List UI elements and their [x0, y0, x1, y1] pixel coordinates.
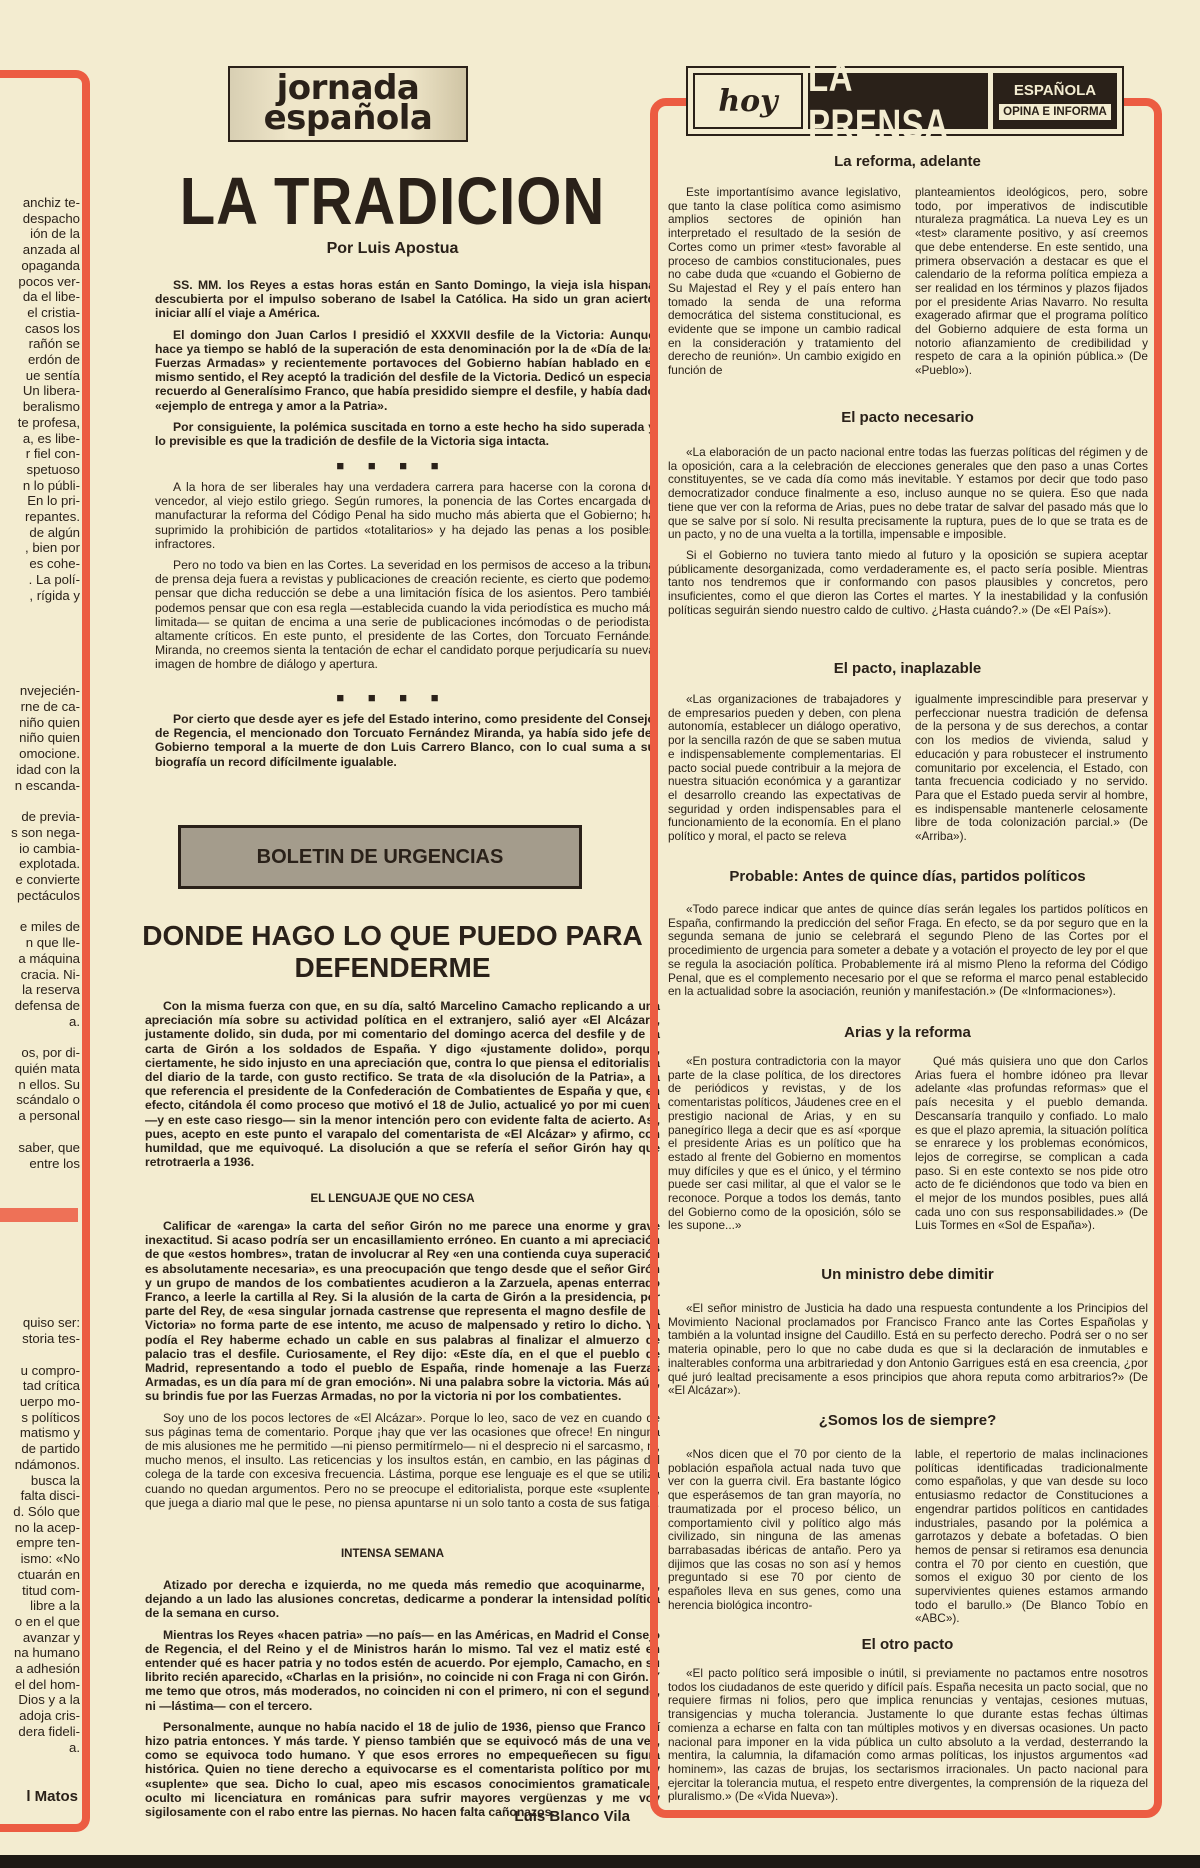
spacer [0, 603, 80, 619]
text-line: os, por di- [0, 1045, 80, 1061]
column-text: Este importantísimo avance legislativo, … [668, 186, 901, 378]
text-line: de partido [0, 1441, 80, 1457]
press-excerpt: «La elaboración de un pacto nacional ent… [668, 446, 1148, 624]
text-line: dera fideli- [0, 1724, 80, 1740]
text-line: . La polí- [0, 572, 80, 588]
column-text: Qué más quisiera uno que don Carlos Aria… [915, 1055, 1148, 1233]
text-line: a máquina [0, 951, 80, 967]
text-line: En lo pri- [0, 493, 80, 509]
press-heading: El otro pacto [665, 1636, 1150, 1653]
text-line: explotada. [0, 856, 80, 872]
text-line: anchiz te- [0, 195, 80, 211]
text-line: ismo: «No [0, 1551, 80, 1567]
text-line: matismo y [0, 1425, 80, 1441]
text-line: avanzar y [0, 1630, 80, 1646]
subheading: EL LENGUAJE QUE NO CESA [130, 1193, 655, 1205]
text-line: , rígida y [0, 588, 80, 604]
subheading: INTENSA SEMANA [130, 1548, 655, 1560]
text-line: de previa- [0, 809, 80, 825]
text-line: erdón de [0, 352, 80, 368]
text-line: n que lle- [0, 935, 80, 951]
press-excerpt: «Nos dicen que el 70 por ciento de la po… [668, 1448, 1148, 1633]
spacer [0, 619, 80, 635]
text-line: te profesa, [0, 415, 80, 431]
paragraph: SS. MM. los Reyes a estas horas están en… [155, 278, 655, 321]
spacer [0, 793, 80, 809]
text-line: libre a la [0, 1598, 80, 1614]
spacer [0, 1283, 80, 1299]
text-line: quién mata [0, 1061, 80, 1077]
text-line: anzada al [0, 242, 80, 258]
section-separator: ■ ■ ■ ■ [130, 458, 655, 473]
text-line: e convierte [0, 872, 80, 888]
text-line: s son nega- [0, 825, 80, 841]
article-body: A la hora de ser liberales hay una verda… [155, 480, 655, 679]
paragraph: Por cierto que desde ayer es jefe del Es… [155, 712, 655, 769]
left-red-rule [0, 1208, 78, 1222]
jornada-espanola-logo: jornada española [228, 66, 468, 142]
text-line: empre ten- [0, 1535, 80, 1551]
paragraph: A la hora de ser liberales hay una verda… [155, 480, 655, 551]
text-line: pectáculos [0, 888, 80, 904]
press-heading: Un ministro debe dimitir [665, 1266, 1150, 1283]
text-line: no la acep- [0, 1520, 80, 1536]
press-heading: ¿Somos los de siempre? [665, 1412, 1150, 1429]
left-column-signature: l Matos [0, 1788, 78, 1805]
text-line: n ellos. Su [0, 1077, 80, 1093]
la-prensa-title: LA PRENSA [808, 73, 988, 129]
left-column-fragment: anchiz te-despachoión de laanzada alopag… [0, 195, 80, 1755]
paragraph: Personalmente, aunque no había nacido el… [145, 1720, 660, 1819]
paragraph: El domingo don Juan Carlos I presidió el… [155, 328, 655, 413]
paragraph: Por consiguiente, la polémica suscitada … [155, 420, 655, 448]
text-line: u compro- [0, 1363, 80, 1379]
text-line: nvejecién- [0, 683, 80, 699]
text-line: es cohe- [0, 556, 80, 572]
press-review-header: hoy LA PRENSA ESPAÑOLA OPINA E INFORMA [686, 66, 1124, 136]
text-line: uerpo mo- [0, 1394, 80, 1410]
text-line: falta disci- [0, 1488, 80, 1504]
text-line: opaganda [0, 258, 80, 274]
column-text: planteamientos ideológicos, pero, sobre … [915, 186, 1148, 378]
text-line: n escanda- [0, 778, 80, 794]
article-byline: Por Luis Apostua [130, 240, 655, 258]
article-lead: Con la misma fuerza con que, en su día, … [145, 999, 660, 1176]
paragraph: Si el Gobierno no tuviera tanto miedo al… [668, 549, 1148, 618]
text-line: storia tes- [0, 1331, 80, 1347]
text-line: ión de la [0, 226, 80, 242]
text-line: beralismo [0, 399, 80, 415]
column-text: «En postura contradictoria con la mayor … [668, 1055, 901, 1233]
paragraph: «El señor ministro de Justicia ha dado u… [668, 1302, 1148, 1398]
paragraph: Mientras los Reyes «hacen patria» —no pa… [145, 1628, 660, 1713]
press-excerpt: «El pacto político será imposible o inút… [668, 1667, 1148, 1811]
hoy-logo: hoy [693, 73, 803, 129]
spacer [0, 667, 80, 683]
press-excerpt: «Las organizaciones de trabajadores y de… [668, 693, 1148, 851]
paragraph: «El pacto político será imposible o inút… [668, 1667, 1148, 1804]
text-line: ctuarán en [0, 1567, 80, 1583]
text-line: , bien por [0, 540, 80, 556]
text-line: tad crítica [0, 1378, 80, 1394]
text-line: niño quien [0, 715, 80, 731]
text-line: pocos ver- [0, 274, 80, 290]
text-line: spetuoso [0, 462, 80, 478]
spacer [0, 1029, 80, 1045]
text-line: el del hom- [0, 1677, 80, 1693]
spacer [0, 1124, 80, 1140]
spacer [0, 635, 80, 651]
section-separator: ■ ■ ■ ■ [130, 690, 655, 705]
text-line: titud com- [0, 1583, 80, 1599]
column-text: «Nos dicen que el 70 por ciento de la po… [668, 1448, 901, 1612]
text-line: Dios y a la [0, 1692, 80, 1708]
text-line: casos los [0, 321, 80, 337]
text-line: quiso ser: [0, 1315, 80, 1331]
text-line: a, es libe- [0, 431, 80, 447]
text-line: a. [0, 1014, 80, 1030]
logo-line-2: española [230, 103, 466, 133]
badge-bottom: OPINA E INFORMA [998, 103, 1112, 121]
text-line: entre los [0, 1156, 80, 1172]
press-excerpt: «El señor ministro de Justicia ha dado u… [668, 1302, 1148, 1405]
text-line: d. Sólo que [0, 1504, 80, 1520]
text-line: cracia. Ni- [0, 967, 80, 983]
spacer [0, 1171, 80, 1187]
press-heading: Arias y la reforma [665, 1024, 1150, 1041]
paragraph: Pero no todo va bien en las Cortes. La s… [155, 558, 655, 672]
spacer [0, 1187, 80, 1203]
article-lead: SS. MM. los Reyes a estas horas están en… [155, 278, 655, 455]
text-line: a adhesión [0, 1661, 80, 1677]
text-line: scándalo o [0, 1092, 80, 1108]
badge-top: ESPAÑOLA [1014, 82, 1096, 99]
column-text: igualmente imprescindible para preservar… [915, 693, 1148, 844]
text-line: na humano [0, 1645, 80, 1661]
paragraph: «La elaboración de un pacto nacional ent… [668, 446, 1148, 542]
text-line: io cambia- [0, 841, 80, 857]
paragraph: Atizado por derecha e izquierda, no me q… [145, 1578, 660, 1621]
spacer [0, 1251, 80, 1267]
press-excerpt: «Todo parece indicar que antes de quince… [668, 903, 1148, 1006]
espanola-badge: ESPAÑOLA OPINA E INFORMA [993, 73, 1117, 129]
text-line: s políticos [0, 1410, 80, 1426]
text-line: idad con la [0, 762, 80, 778]
spacer [0, 903, 80, 919]
text-line: ue sentía [0, 368, 80, 384]
paragraph: Calificar de «arenga» la carta del señor… [145, 1219, 660, 1404]
text-line: da el libe- [0, 289, 80, 305]
article-section: Atizado por derecha e izquierda, no me q… [145, 1578, 660, 1826]
column-text: «Las organizaciones de trabajadores y de… [668, 693, 901, 844]
column-text: lable, el repertorio de malas inclinacio… [915, 1448, 1148, 1626]
press-excerpt: Este importantísimo avance legislativo, … [668, 186, 1148, 385]
press-heading: El pacto, inaplazable [665, 660, 1150, 677]
text-line: la reserva [0, 982, 80, 998]
text-line: rne de ca- [0, 699, 80, 715]
paragraph: «Todo parece indicar que antes de quince… [668, 903, 1148, 999]
text-line: de algún [0, 525, 80, 541]
paragraph: Soy uno de los pocos lectores de «El Alc… [145, 1411, 660, 1510]
spacer [0, 1347, 80, 1363]
text-line: n lo públi- [0, 478, 80, 494]
text-line: repantes. [0, 509, 80, 525]
press-excerpt: «En postura contradictoria con la mayor … [668, 1055, 1148, 1240]
text-line: Un libera- [0, 383, 80, 399]
text-line: el cristia- [0, 305, 80, 321]
text-line: saber, que [0, 1140, 80, 1156]
article-title: LA TRADICION [130, 163, 655, 240]
text-line: r fiel con- [0, 446, 80, 462]
text-line: o en el que [0, 1614, 80, 1630]
text-line: a. [0, 1740, 80, 1756]
press-heading: La reforma, adelante [665, 153, 1150, 170]
press-heading: El pacto necesario [665, 409, 1150, 426]
paragraph: Con la misma fuerza con que, en su día, … [145, 999, 660, 1169]
text-line: despacho [0, 211, 80, 227]
text-line: busca la [0, 1473, 80, 1489]
text-line: a personal [0, 1108, 80, 1124]
boletin-section-box: BOLETIN DE URGENCIAS [178, 825, 582, 889]
text-line: rañón se [0, 336, 80, 352]
text-line: defensa de [0, 998, 80, 1014]
spacer [0, 1235, 80, 1251]
text-line: e miles de [0, 919, 80, 935]
text-line: ndámonos. [0, 1457, 80, 1473]
article-title: DONDE HAGO LO QUE PUEDO PARA DEFENDERME [130, 920, 655, 984]
article-signature: Luis Blanco Vila [480, 1808, 630, 1825]
press-heading: Probable: Antes de quince días, partidos… [665, 868, 1150, 885]
spacer [0, 1299, 80, 1315]
text-line: niño quien [0, 730, 80, 746]
text-line: adoja cris- [0, 1708, 80, 1724]
spacer [0, 1267, 80, 1283]
spacer [0, 651, 80, 667]
scan-bottom-edge [0, 1855, 1200, 1868]
text-line: omocione. [0, 746, 80, 762]
article-section: Calificar de «arenga» la carta del señor… [145, 1219, 660, 1517]
article-coda: Por cierto que desde ayer es jefe del Es… [155, 712, 655, 776]
